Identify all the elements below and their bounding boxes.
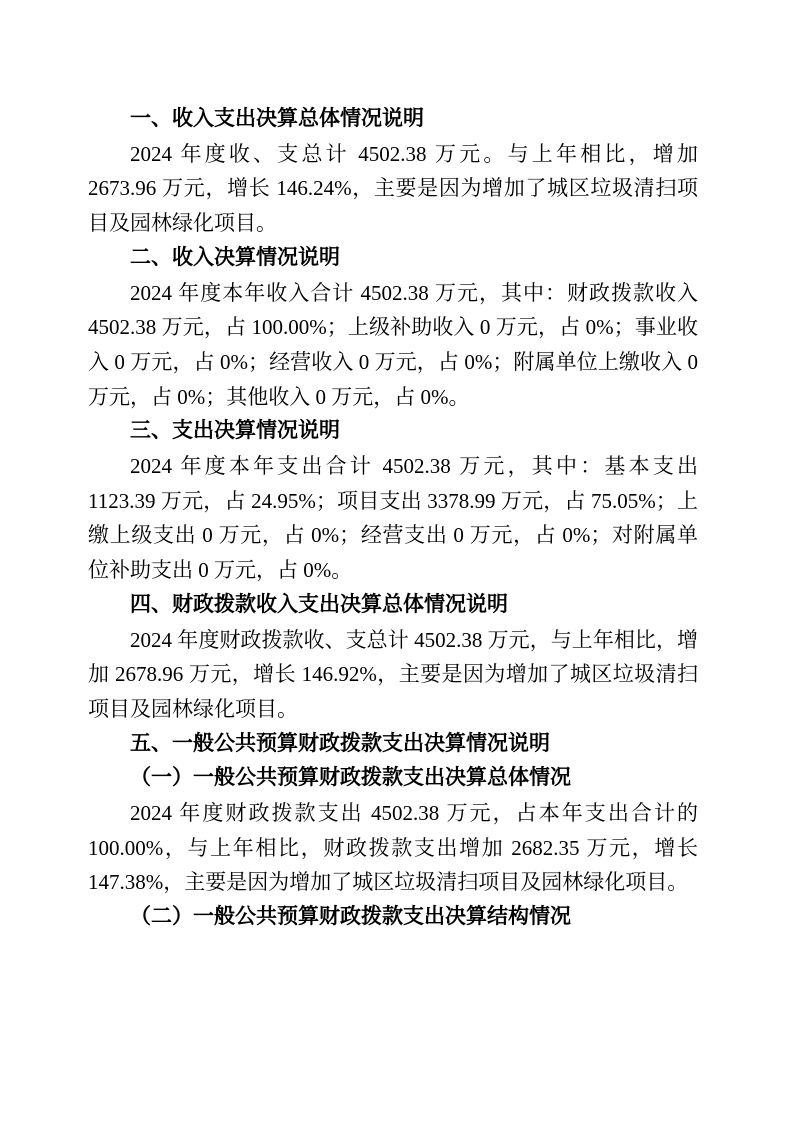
section-heading-fiscal-appropriation-overview: 四、财政拨款收入支出决算总体情况说明 <box>88 588 698 623</box>
paragraph-income-final-accounts: 2024 年度本年收入合计 4502.38 万元，其中：财政拨款收入 4502.… <box>88 276 698 415</box>
document-page: 一、收入支出决算总体情况说明 2024 年度收、支总计 4502.38 万元。与… <box>0 0 793 1122</box>
section-heading-income-final-accounts: 二、收入决算情况说明 <box>88 241 698 276</box>
paragraph-general-public-budget-overall: 2024 年度财政拨款支出 4502.38 万元，占本年支出合计的 100.00… <box>88 796 698 900</box>
document-body: 一、收入支出决算总体情况说明 2024 年度收、支总计 4502.38 万元。与… <box>88 102 698 935</box>
paragraph-expenditure-final-accounts: 2024 年度本年支出合计 4502.38 万元，其中：基本支出 1123.39… <box>88 449 698 588</box>
section-heading-general-public-budget-expenditure: 五、一般公共预算财政拨款支出决算情况说明 <box>88 727 698 762</box>
section-heading-income-expenditure-overview: 一、收入支出决算总体情况说明 <box>88 102 698 137</box>
subsection-heading-general-public-budget-overall: （一）一般公共预算财政拨款支出决算总体情况 <box>88 761 698 796</box>
paragraph-income-expenditure-overview: 2024 年度收、支总计 4502.38 万元。与上年相比，增加 2673.96… <box>88 137 698 241</box>
paragraph-fiscal-appropriation-overview: 2024 年度财政拨款收、支总计 4502.38 万元，与上年相比，增加 267… <box>88 623 698 727</box>
section-heading-expenditure-final-accounts: 三、支出决算情况说明 <box>88 414 698 449</box>
subsection-heading-general-public-budget-structure: （二）一般公共预算财政拨款支出决算结构情况 <box>88 900 698 935</box>
